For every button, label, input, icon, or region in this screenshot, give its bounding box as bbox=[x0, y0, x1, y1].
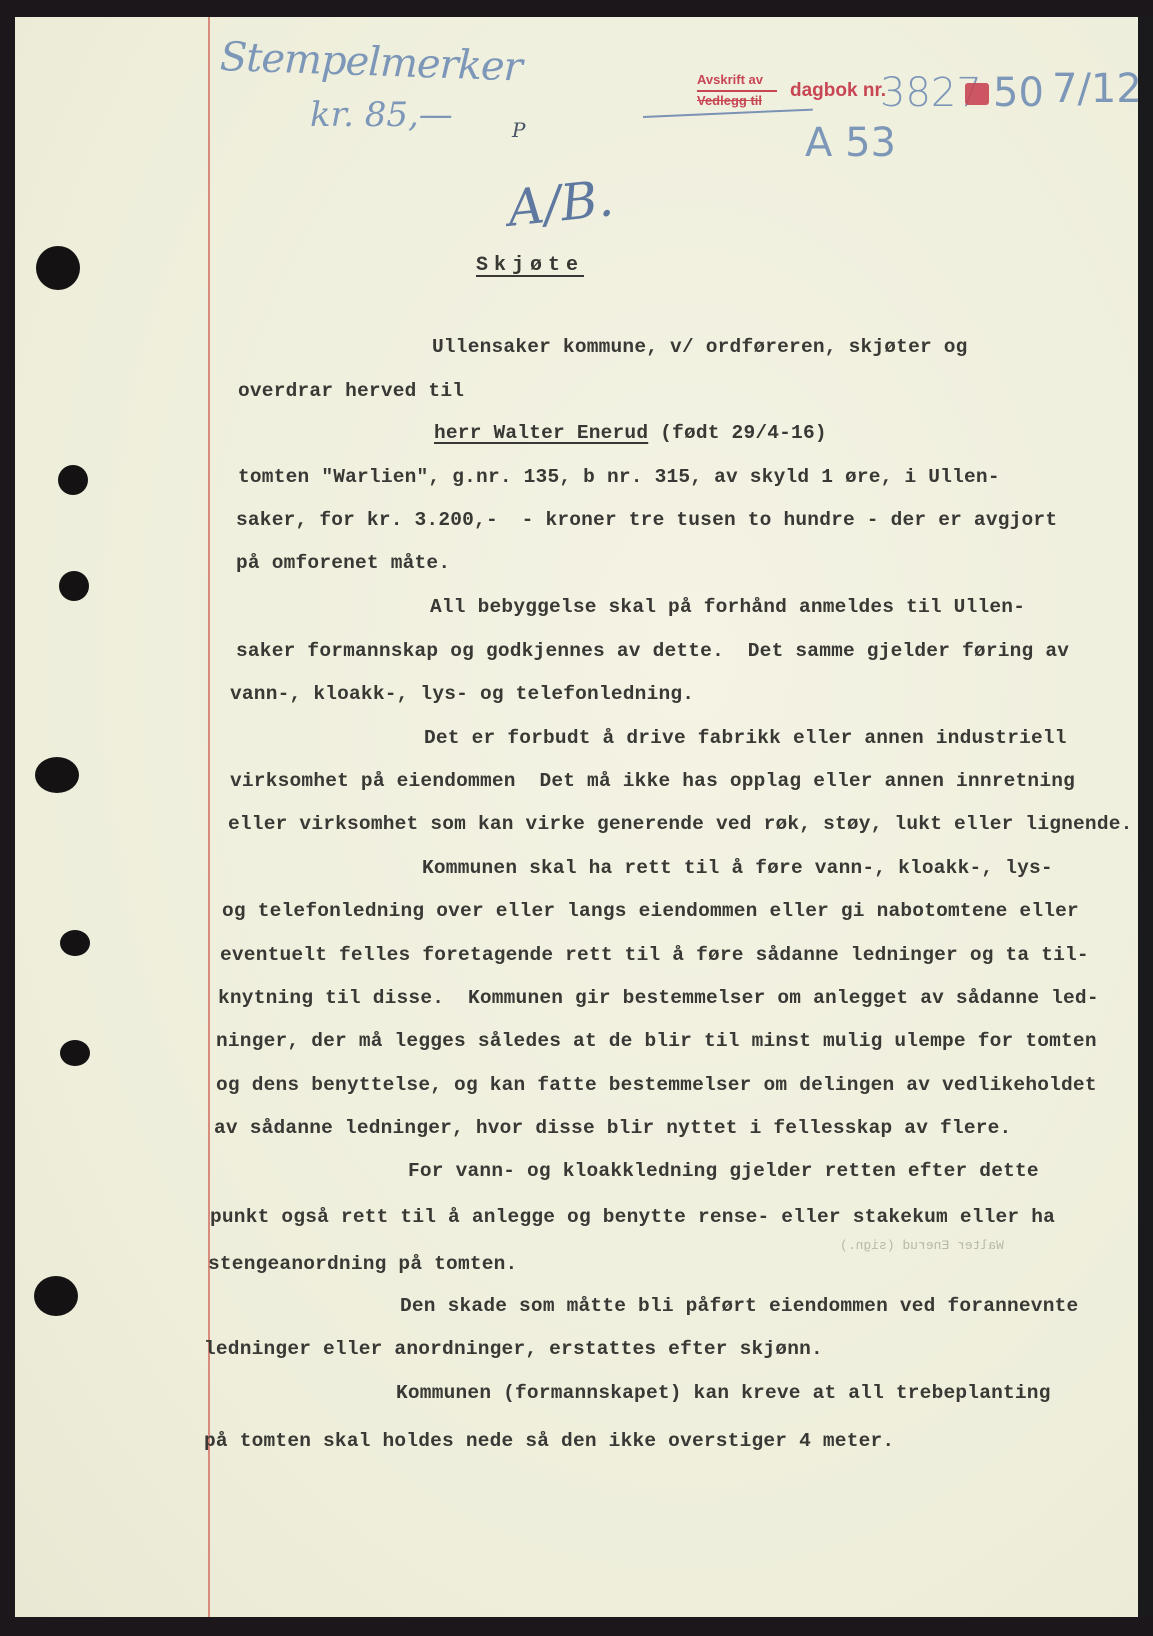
body-line: ledninger eller anordninger, erstattes e… bbox=[204, 1338, 823, 1360]
body-line: Kommunen skal ha rett til å føre vann-, … bbox=[422, 857, 1053, 879]
body-line: og telefonledning over eller langs eiend… bbox=[222, 900, 1079, 922]
handwritten-initial-mark: P bbox=[512, 118, 525, 142]
grantee-line: herr Walter Enerud (født 29/4-16) bbox=[434, 422, 827, 444]
handwritten-stamp-duty-amount: kr. 85,— bbox=[310, 95, 453, 135]
body-line: saker formannskap og godkjennes av dette… bbox=[236, 640, 1069, 662]
scanner-border-top bbox=[0, 0, 1153, 17]
body-line: All bebyggelse skal på forhånd anmeldes … bbox=[430, 596, 1025, 618]
binder-hole bbox=[35, 757, 79, 793]
stamp-attachment-to: Vedlegg til bbox=[697, 93, 762, 108]
stamp-copy-of: Avskrift av bbox=[697, 72, 763, 87]
body-line: saker, for kr. 3.200,- - kroner tre tuse… bbox=[236, 509, 1057, 531]
handwritten-initials-signature: A/B. bbox=[505, 169, 616, 238]
body-line: stengeanordning på tomten. bbox=[208, 1253, 517, 1275]
scanner-border-right bbox=[1138, 0, 1153, 1636]
folio-number: A 53 bbox=[805, 120, 896, 166]
body-line: For vann- og kloakkledning gjelder rette… bbox=[408, 1160, 1039, 1182]
diary-year: 50 bbox=[993, 70, 1044, 116]
body-line: overdrar herved til bbox=[238, 380, 464, 402]
body-line: på tomten skal holdes nede så den ikke o… bbox=[204, 1430, 894, 1452]
body-line: Kommunen (formannskapet) kan kreve at al… bbox=[396, 1382, 1051, 1404]
body-line: virksomhet på eiendommen Det må ikke has… bbox=[230, 770, 1075, 792]
body-line: eller virksomhet som kan virke generende… bbox=[228, 813, 1133, 835]
stamp-diary-number-label: dagbok nr. bbox=[790, 80, 886, 102]
body-line: på omforenet måte. bbox=[236, 552, 450, 574]
binder-hole bbox=[34, 1276, 78, 1316]
binder-hole bbox=[60, 1040, 90, 1066]
diary-date: 7/12 bbox=[1052, 66, 1142, 112]
body-line: eventuelt felles foretagende rett til å … bbox=[220, 944, 1089, 966]
stamp-rule bbox=[697, 90, 777, 92]
binder-hole bbox=[36, 246, 80, 290]
bleed-through-text: Walter Enerud (sign.) bbox=[840, 1238, 1004, 1253]
binder-hole bbox=[59, 571, 89, 601]
grantee-name: herr Walter Enerud bbox=[434, 422, 648, 444]
body-line: tomten "Warlien", g.nr. 135, b nr. 315, … bbox=[238, 466, 1000, 488]
body-line: vann-, kloakk-, lys- og telefonledning. bbox=[230, 683, 694, 705]
document-title: Skjøte bbox=[476, 254, 584, 277]
binder-hole bbox=[58, 465, 88, 495]
scanner-border-bottom bbox=[0, 1617, 1153, 1636]
stamp-smudge bbox=[965, 83, 989, 105]
margin-rule bbox=[208, 17, 210, 1617]
scanner-border-left bbox=[0, 0, 15, 1636]
body-line: av sådanne ledninger, hvor disse blir ny… bbox=[214, 1117, 1011, 1139]
body-line: ninger, der må legges således at de blir… bbox=[216, 1030, 1097, 1052]
body-line: Den skade som måtte bli påført eiendomme… bbox=[400, 1295, 1078, 1317]
grantee-birthdate: (født 29/4-16) bbox=[648, 422, 827, 444]
body-line: punkt også rett til å anlegge og benytte… bbox=[210, 1206, 1055, 1228]
binder-hole bbox=[60, 930, 90, 956]
body-line: og dens benyttelse, og kan fatte bestemm… bbox=[216, 1074, 1097, 1096]
body-line: Ullensaker kommune, v/ ordføreren, skjøt… bbox=[432, 336, 968, 358]
body-line: knytning til disse. Kommunen gir bestemm… bbox=[218, 987, 1099, 1009]
body-line: Det er forbudt å drive fabrikk eller ann… bbox=[424, 727, 1067, 749]
